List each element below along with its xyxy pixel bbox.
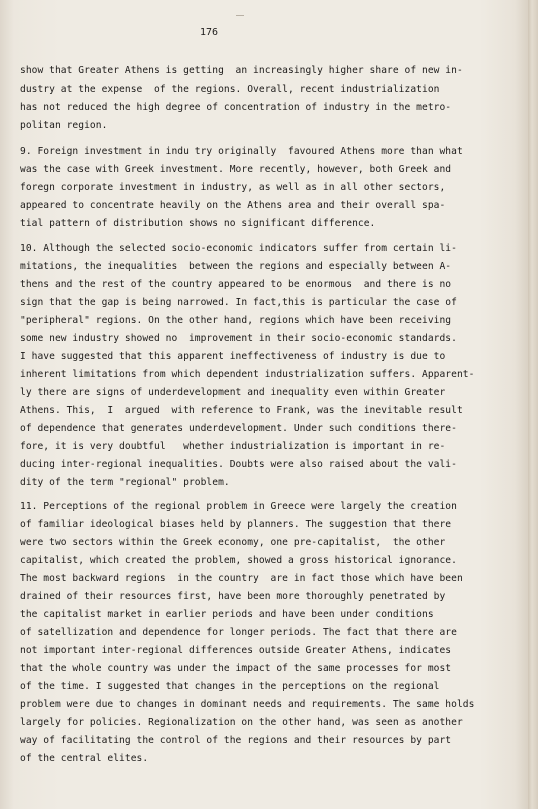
text-line: The most backward regions in the country… [20,571,463,587]
text-line: fore, it is very doubtful whether indust… [20,439,445,455]
text-line: sign that the gap is being narrowed. In … [20,295,457,311]
text-line: foregn corporate investment in industry,… [20,180,445,196]
text-line: 9. Foreign investment in indu try origin… [20,144,463,160]
text-line: largely for policies. Regionalization on… [20,715,463,731]
page-edge [528,0,538,809]
text-line: the capitalist market in earlier periods… [20,607,434,623]
text-line: 10. Although the selected socio-economic… [20,241,457,257]
page-mark [236,15,244,16]
text-line: of familiar ideological biases held by p… [20,517,451,533]
text-line: ly there are signs of underdevelopment a… [20,385,445,401]
text-line: ducing inter-regional inequalities. Doub… [20,457,457,473]
text-line: I have suggested that this apparent inef… [20,349,445,365]
text-line: way of facilitating the control of the r… [20,733,451,749]
text-line: some new industry showed no improvement … [20,331,457,347]
text-line: of the central elites. [20,751,148,767]
text-line: inherent limitations from which dependen… [20,367,474,383]
text-line: dustry at the expense of the regions. Ov… [20,82,439,98]
text-line: tial pattern of distribution shows no si… [20,216,375,232]
text-line: of dependence that generates underdevelo… [20,421,457,437]
text-line: of the time. I suggested that changes in… [20,679,439,695]
text-line: thens and the rest of the country appear… [20,277,451,293]
text-line: 11. Perceptions of the regional problem … [20,499,457,515]
text-line: drained of their resources first, have b… [20,589,445,605]
text-line: dity of the term "regional" problem. [20,475,230,491]
text-line: problem were due to changes in dominant … [20,697,474,713]
text-line: "peripheral" regions. On the other hand,… [20,313,451,329]
text-line: Athens. This, I argued with reference to… [20,403,463,419]
text-line: were two sectors within the Greek econom… [20,535,445,551]
text-line: was the case with Greek investment. More… [20,162,451,178]
text-line: politan region. [20,118,107,134]
page-number: 176 [200,27,218,38]
text-line: of satellization and dependence for long… [20,625,457,641]
text-line: not important inter-regional differences… [20,643,451,659]
text-line: mitations, the inequalities between the … [20,259,451,275]
text-line: has not reduced the high degree of conce… [20,100,451,116]
text-line: capitalist, which created the problem, s… [20,553,457,569]
text-line: appeared to concentrate heavily on the A… [20,198,445,214]
text-line: that the whole country was under the imp… [20,661,451,677]
text-line: show that Greater Athens is getting an i… [20,63,463,79]
document-page: 176 show that Greater Athens is getting … [0,0,528,809]
